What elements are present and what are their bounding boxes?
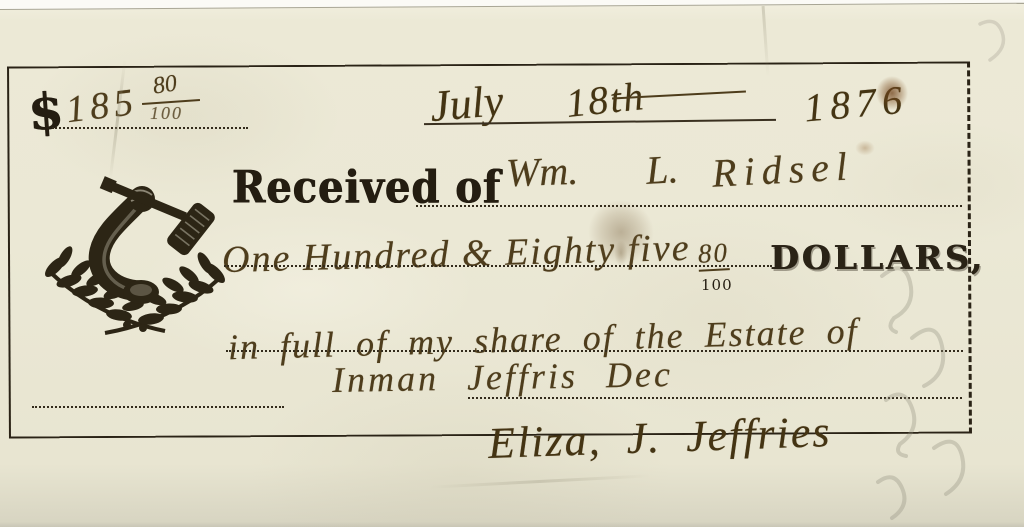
- payer-middle-handwritten: L.: [645, 145, 680, 194]
- amount-words-dotted-line: [224, 265, 772, 267]
- show-through-marks: [838, 250, 1024, 522]
- cents-denominator-print: 100: [701, 276, 733, 294]
- scan-edge-top: [0, 0, 1024, 10]
- paper-crease-bottom: [430, 474, 650, 489]
- show-through-mark-top: [962, 12, 1022, 72]
- amount-cents-handwritten: 80: [151, 70, 179, 100]
- amount-dollars-handwritten: 185: [64, 80, 141, 132]
- amount-dotted-line: [52, 127, 248, 129]
- payer-last-handwritten: Ridsel: [711, 142, 855, 196]
- payer-first-handwritten: Wm.: [505, 147, 579, 196]
- date-day-handwritten: 18th: [564, 72, 648, 127]
- scanned-receipt-document: $ 185 80 100 July 18th 1876 Received of …: [0, 0, 1024, 527]
- payer-dotted-line: [416, 205, 962, 207]
- dollar-sign-print: $: [26, 81, 65, 142]
- signature-handwritten: Eliza, J. Jeffries: [487, 406, 832, 469]
- amount-denominator-handwritten: 100: [150, 103, 183, 124]
- arm-and-hammer-emblem-icon: [35, 163, 235, 335]
- date-year-handwritten: 1876: [802, 76, 910, 132]
- memo-line2-handwritten: Inman Jeffris Dec: [332, 353, 674, 401]
- bottom-left-dotted-line: [32, 406, 284, 408]
